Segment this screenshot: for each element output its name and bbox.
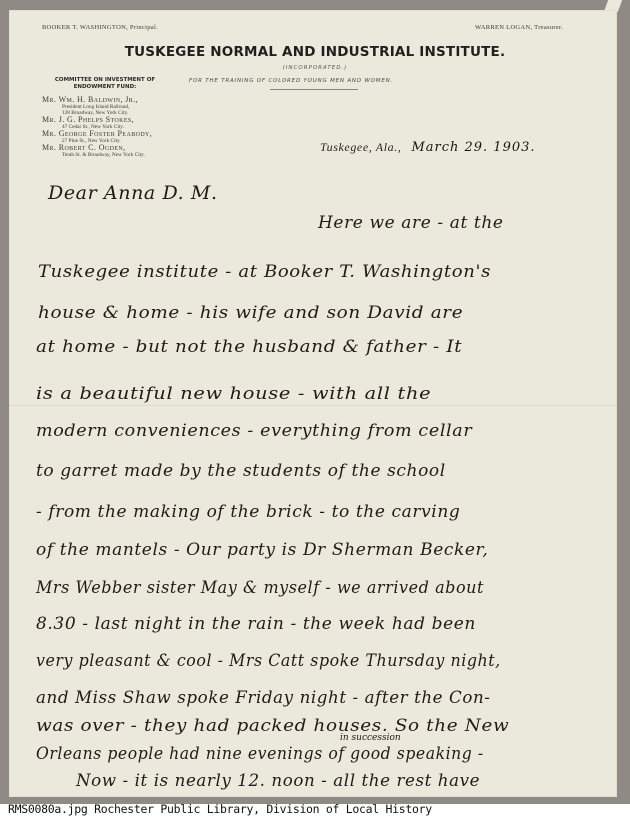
dateline-place: Tuskegee, Ala., [320, 140, 401, 154]
letter-line: 8.30 - last night in the rain - the week… [36, 614, 476, 634]
letter-line: to garret made by the students of the sc… [36, 461, 446, 481]
letterhead-incorporated: (INCORPORATED.) [0, 65, 630, 71]
dateline: Tuskegee, Ala., March 29. 1903. [320, 138, 536, 156]
letter-salutation: Dear Anna D. M. [48, 182, 218, 204]
member-name: Mr. Robert C. Ogden, [42, 144, 152, 152]
letter-line: of the mantels - Our party is Dr Sherman… [36, 540, 488, 560]
letter-line: at home - but not the husband & father -… [36, 337, 462, 357]
image-caption: RMS0080a.jpg Rochester Public Library, D… [8, 802, 432, 816]
member-address: Tenth St. & Broadway, New York City. [42, 152, 152, 158]
dateline-date: March 29. 1903. [411, 140, 535, 155]
member-name: Mr. Wm. H. Baldwin, Jr., [42, 96, 152, 104]
letterhead-treasurer: WARREN LOGAN, Treasurer. [475, 24, 563, 31]
committee-member: Mr. Robert C. Ogden, Tenth St. & Broadwa… [42, 144, 152, 158]
letter-line: very pleasant & cool - Mrs Catt spoke Th… [36, 651, 501, 671]
letter-line: Mrs Webber sister May & myself - we arri… [36, 578, 484, 598]
letter-line: Now - it is nearly 12. noon - all the re… [76, 771, 480, 791]
committee-member-list: Mr. Wm. H. Baldwin, Jr., President Long … [42, 96, 152, 158]
letterhead-divider [270, 89, 358, 90]
committee-member: Mr. Wm. H. Baldwin, Jr., President Long … [42, 96, 152, 116]
letter-line: and Miss Shaw spoke Friday night - after… [36, 688, 491, 708]
member-name: Mr. J. G. Phelps Stokes, [42, 116, 152, 124]
letter-line: was over - they had packed houses. So th… [36, 716, 509, 736]
member-name: Mr. George Foster Peabody, [42, 130, 152, 138]
letter-line: Here we are - at the [318, 213, 504, 233]
letterhead-title: TUSKEGEE NORMAL AND INDUSTRIAL INSTITUTE… [0, 44, 630, 60]
committee-heading-line-2: ENDOWMENT FUND: [40, 84, 170, 91]
letter-insertion: in succession [340, 733, 401, 743]
scanned-image: BOOKER T. WASHINGTON, Principal. WARREN … [0, 0, 630, 804]
committee-member: Mr. George Foster Peabody, 27 Pine St., … [42, 130, 152, 144]
committee-member: Mr. J. G. Phelps Stokes, 47 Cedar St., N… [42, 116, 152, 130]
letter-line: - from the making of the brick - to the … [36, 502, 460, 522]
letter-line: is a beautiful new house - with all the [36, 384, 431, 404]
committee-heading-line-1: COMMITTEE ON INVESTMENT OF [40, 77, 170, 84]
letterhead-tagline: FOR THE TRAINING OF COLORED YOUNG MEN AN… [189, 78, 393, 84]
letter-line: modern conveniences - everything from ce… [36, 421, 472, 441]
letter-line: Orleans people had nine evenings of good… [36, 744, 484, 764]
letter-line: house & home - his wife and son David ar… [38, 303, 463, 323]
letterhead-principal: BOOKER T. WASHINGTON, Principal. [42, 24, 158, 31]
committee-heading: COMMITTEE ON INVESTMENT OF ENDOWMENT FUN… [40, 77, 170, 90]
letter-line: Tuskegee institute - at Booker T. Washin… [38, 262, 491, 282]
